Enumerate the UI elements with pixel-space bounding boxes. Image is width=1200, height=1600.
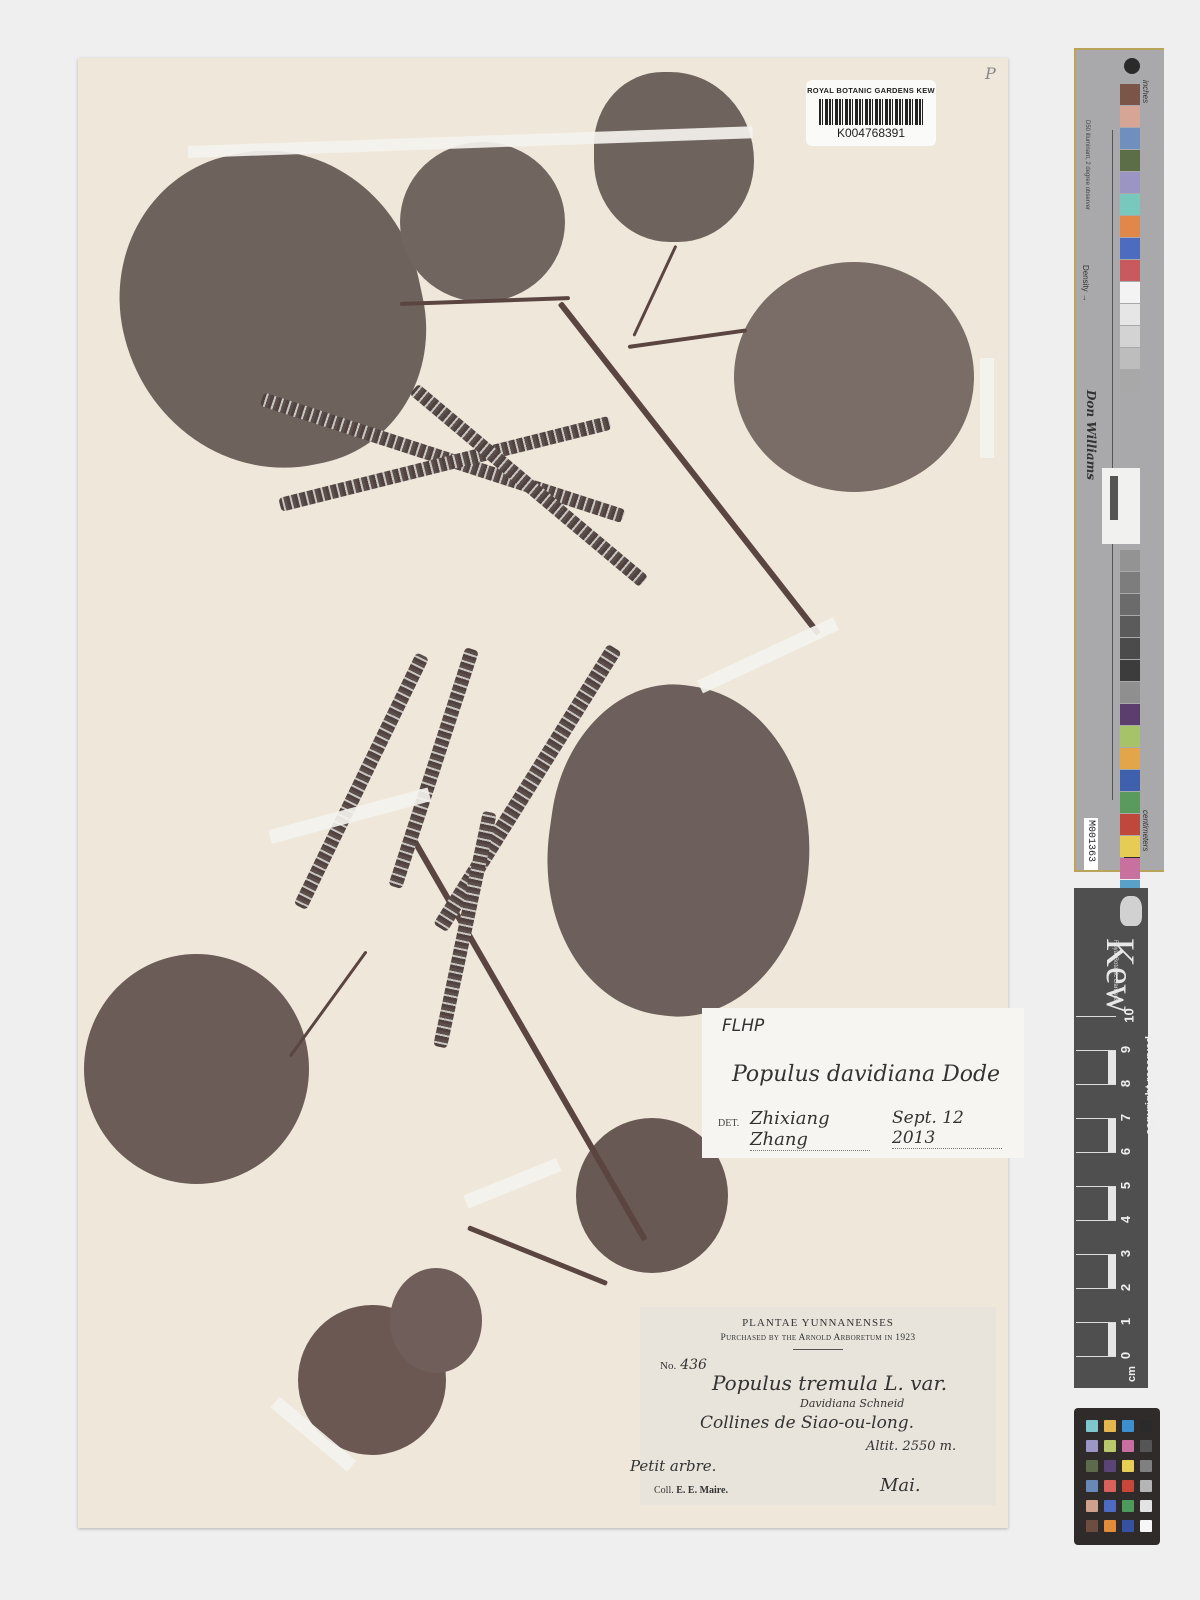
leaf [390,1268,482,1373]
checker-patch [1104,1460,1116,1472]
color-patch [1120,836,1140,857]
chart-id: M001363 [1084,818,1098,870]
checker-patch [1122,1520,1134,1532]
checker-patch [1140,1480,1152,1492]
checker-patch [1086,1420,1098,1432]
checker-patch [1140,1420,1152,1432]
color-patch [1120,660,1140,681]
institution-name: ROYAL BOTANIC GARDENS KEW [806,86,936,95]
checker-patch [1140,1500,1152,1512]
scale-tick-label: 1 [1118,1318,1133,1325]
collector: Coll. E. E. Maire. [654,1485,728,1496]
scale-tick-label: 8 [1118,1080,1133,1087]
checker-patch [1140,1520,1152,1532]
color-patch [1120,704,1140,725]
color-patch [1120,682,1140,703]
scale-tick-label: 2 [1118,1284,1133,1291]
label-header: PLANTAE YUNNANENSES [640,1317,996,1329]
density-label: Density → [1081,265,1090,302]
checker-patch [1104,1520,1116,1532]
checker-patch [1086,1460,1098,1472]
color-patch [1120,370,1140,391]
scale-tick [1076,1356,1116,1357]
scale-tick-label: 10 [1122,1008,1137,1022]
color-patch [1120,172,1140,193]
mounting-tape [980,358,994,458]
scale-tick-label: 9 [1118,1046,1133,1053]
checker-patch [1140,1440,1152,1452]
color-patch [1120,858,1140,879]
checker-patch [1122,1420,1134,1432]
color-patch [1120,194,1140,215]
color-patch [1120,814,1140,835]
collection-label: PLANTAE YUNNANENSES Purchased by the Arn… [640,1307,996,1505]
checker-patch [1122,1480,1134,1492]
color-patch [1120,638,1140,659]
det-date: Sept. 12 2013 [892,1108,1002,1149]
barcode-icon [819,99,923,125]
scale-unit: cm [1126,1366,1138,1382]
scale-tick-label: 7 [1118,1114,1133,1121]
checker-patch [1122,1500,1134,1512]
color-patch [1120,150,1140,171]
color-patch [1120,326,1140,347]
kew-scale-bar: Royal Botanic Gardens Kew copyright rese… [1074,888,1148,1388]
label-subheader: Purchased by the Arnold Arboretum in 192… [640,1333,996,1343]
checker-patch [1104,1500,1116,1512]
scale-tick [1076,1322,1116,1323]
scale-tick [1076,1050,1116,1051]
scale-tick [1076,1118,1116,1119]
color-patch [1120,792,1140,813]
checker-patch [1086,1480,1098,1492]
kew-wordmark: Kew [1097,938,1144,1014]
scale-tick-label: 4 [1118,1216,1133,1223]
leaf [734,262,974,492]
registration-dot [1124,58,1140,74]
scale-tick-label: 0 [1118,1352,1133,1359]
number-value: 436 [680,1357,707,1373]
color-patch [1120,726,1140,747]
chart-maker: Don Williams [1084,390,1098,480]
color-patch [1120,550,1140,571]
barcode-number: K004768391 [806,126,936,140]
copyright-notice: copyright reserved [1144,1036,1156,1135]
habit: Petit arbre. [630,1457,716,1475]
barcode-label: ROYAL BOTANIC GARDENS KEW K004768391 [806,80,936,146]
sheet-mark: P [985,64,996,83]
color-reference-chart: D50 illuminant, 2 degree observer Densit… [1074,48,1164,872]
chart-side-text: D50 illuminant, 2 degree observer [1084,120,1090,210]
scale-tick [1076,1186,1116,1187]
checker-patch [1104,1480,1116,1492]
color-patch [1120,216,1140,237]
scale-segment [1108,1050,1116,1084]
checker-patch [1086,1520,1098,1532]
det-code: FLHP [722,1016,764,1036]
leaf [84,954,309,1184]
color-patch [1120,304,1140,325]
scale-tick-label: 3 [1118,1250,1133,1257]
number-prefix: No. [660,1360,676,1372]
inches-label: inches [1141,80,1150,103]
checker-patch [1140,1460,1152,1472]
checker-patch [1122,1460,1134,1472]
leaf [400,142,565,302]
color-patch [1120,238,1140,259]
color-patch [1120,128,1140,149]
scale-tick-label: 5 [1118,1182,1133,1189]
checker-patch [1122,1440,1134,1452]
scale-tick [1076,1084,1116,1085]
color-patch [1120,616,1140,637]
checker-patch [1104,1440,1116,1452]
divider [793,1349,843,1350]
taxon-line-1: Populus tremula L. var. [712,1371,947,1395]
det-prefix: DET. [718,1118,739,1129]
color-patch [1120,572,1140,593]
det-determiner: Zhixiang Zhang [750,1108,870,1151]
collection-number: No.436 [660,1357,707,1373]
color-patch [1120,260,1140,281]
collector-prefix: Coll. [654,1485,674,1496]
scale-segment [1108,1118,1116,1152]
determination-label: FLHP Populus davidiana Dode DET. Zhixian… [702,1008,1024,1158]
color-patch [1120,282,1140,303]
taxon-line-2: Davidiana Schneid [800,1397,904,1410]
resolution-target [1102,468,1140,544]
checker-patch [1086,1440,1098,1452]
scale-tick-label: 6 [1118,1148,1133,1155]
color-patch [1120,594,1140,615]
color-patch [1120,770,1140,791]
scale-tick [1076,1152,1116,1153]
color-patch [1120,748,1140,769]
scale-tick [1076,1016,1116,1017]
color-patch [1120,348,1140,369]
scale-tick [1076,1288,1116,1289]
scale-segment [1108,1322,1116,1356]
color-patch [1120,106,1140,127]
locality: Collines de Siao-ou-long. [700,1413,914,1433]
crest-icon [1120,896,1142,926]
color-checker [1074,1408,1160,1545]
scale-ticks [1112,130,1113,800]
scale-segment [1108,1254,1116,1288]
centimeters-label: centimeters [1141,810,1150,851]
collector-name: E. E. Maire. [676,1485,728,1496]
scale-tick [1076,1220,1116,1221]
collection-month: Mai. [880,1475,921,1496]
checker-patch [1086,1500,1098,1512]
altitude: Altit. 2550 m. [866,1439,956,1454]
scale-tick [1076,1254,1116,1255]
color-patch [1120,84,1140,105]
det-taxon-name: Populus davidiana Dode [732,1062,1000,1087]
checker-patch [1104,1420,1116,1432]
scale-segment [1108,1186,1116,1220]
